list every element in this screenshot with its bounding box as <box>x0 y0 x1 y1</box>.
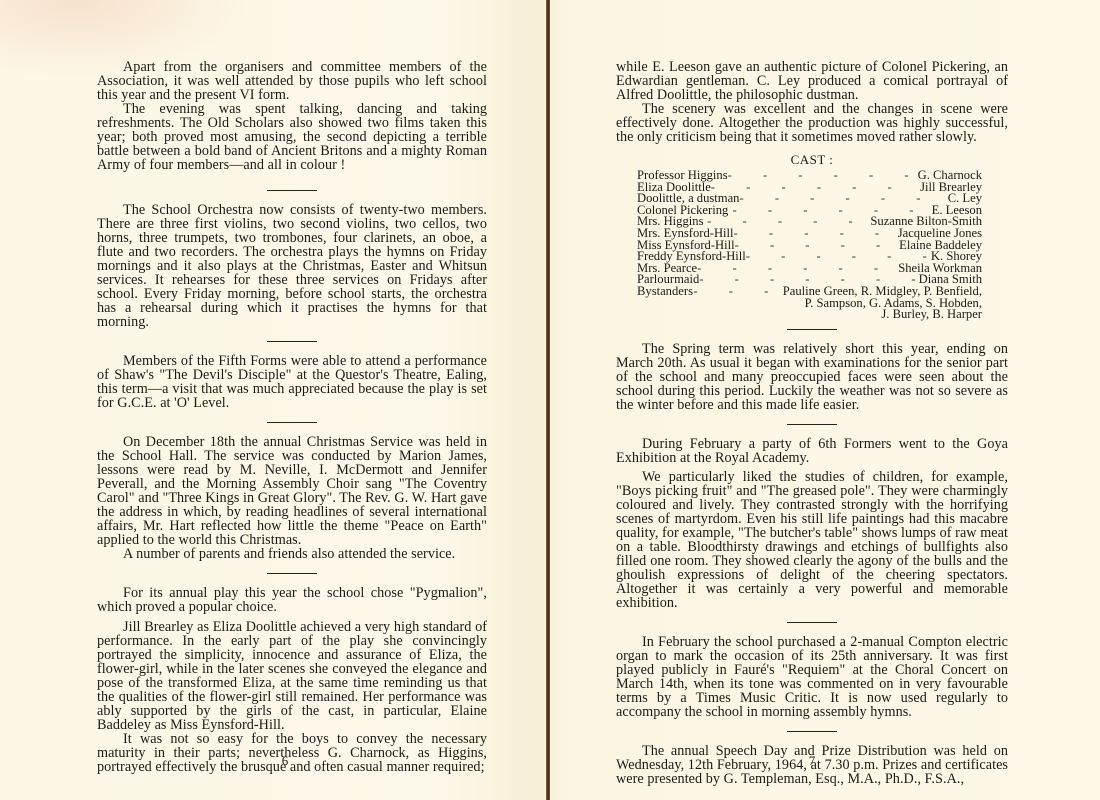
section-divider <box>267 573 317 574</box>
paragraph-spring-term: The Spring term was relatively short thi… <box>616 342 1008 412</box>
section-divider <box>787 622 837 623</box>
paragraph-parents: A number of parents and friends also att… <box>97 547 487 561</box>
paragraph-christmas-service: On December 18th the annual Christmas Se… <box>97 435 487 547</box>
section-divider <box>267 190 317 191</box>
cast-leader: - - - - - - - <box>739 193 947 205</box>
section-divider <box>787 329 837 330</box>
cast-continuation: J. Burley, B. Harper <box>637 309 982 321</box>
cast-leader: - - - - - - - <box>697 263 898 275</box>
cast-leader: - - - - - - <box>728 170 918 182</box>
cast-heading: CAST : <box>616 152 1008 168</box>
booklet-spread: Apart from the organisers and committee … <box>0 0 1100 800</box>
section-divider <box>787 424 837 425</box>
paragraph-orchestra: The School Orchestra now consists of twe… <box>97 203 487 329</box>
paragraph-goya-studies: We particularly liked the studies of chi… <box>616 470 1008 610</box>
cast-role: Bystanders <box>637 286 693 298</box>
paragraph-scenery: The scenery was excellent and the change… <box>616 102 1008 144</box>
paragraph-fifth-forms: Members of the Fifth Forms were able to … <box>97 354 487 410</box>
paragraph-jill-brearley: Jill Brearley as Eliza Doolittle achieve… <box>97 620 487 732</box>
paragraph-goya: During February a party of 6th Formers w… <box>616 437 1008 465</box>
right-page: while E. Leeson gave an authentic pictur… <box>616 60 1008 786</box>
cast-leader: - - - <box>693 286 783 298</box>
section-divider <box>267 422 317 423</box>
paragraph-evening: The evening was spent talking, dancing a… <box>97 102 487 172</box>
paragraph-organ: In February the school purchased a 2-man… <box>616 635 1008 719</box>
section-divider <box>787 731 837 732</box>
book-spine <box>546 0 550 800</box>
paragraph-association: Apart from the organisers and committee … <box>97 60 487 102</box>
section-divider <box>267 341 317 342</box>
cast-leader: - - - - - - - <box>711 182 920 194</box>
page-number-right: 7 <box>792 753 832 769</box>
left-page: Apart from the organisers and committee … <box>97 60 487 774</box>
cast-list: Professor Higgins- - - - - -G. Charnock … <box>637 170 982 321</box>
page-number-left: 6 <box>265 753 305 769</box>
paragraph-pygmalion: For its annual play this year the school… <box>97 586 487 614</box>
cast-leader: - - - - - - <box>735 240 900 252</box>
cast-leader: - - - - - - <box>734 228 898 240</box>
paragraph-leeson: while E. Leeson gave an authentic pictur… <box>616 60 1008 102</box>
